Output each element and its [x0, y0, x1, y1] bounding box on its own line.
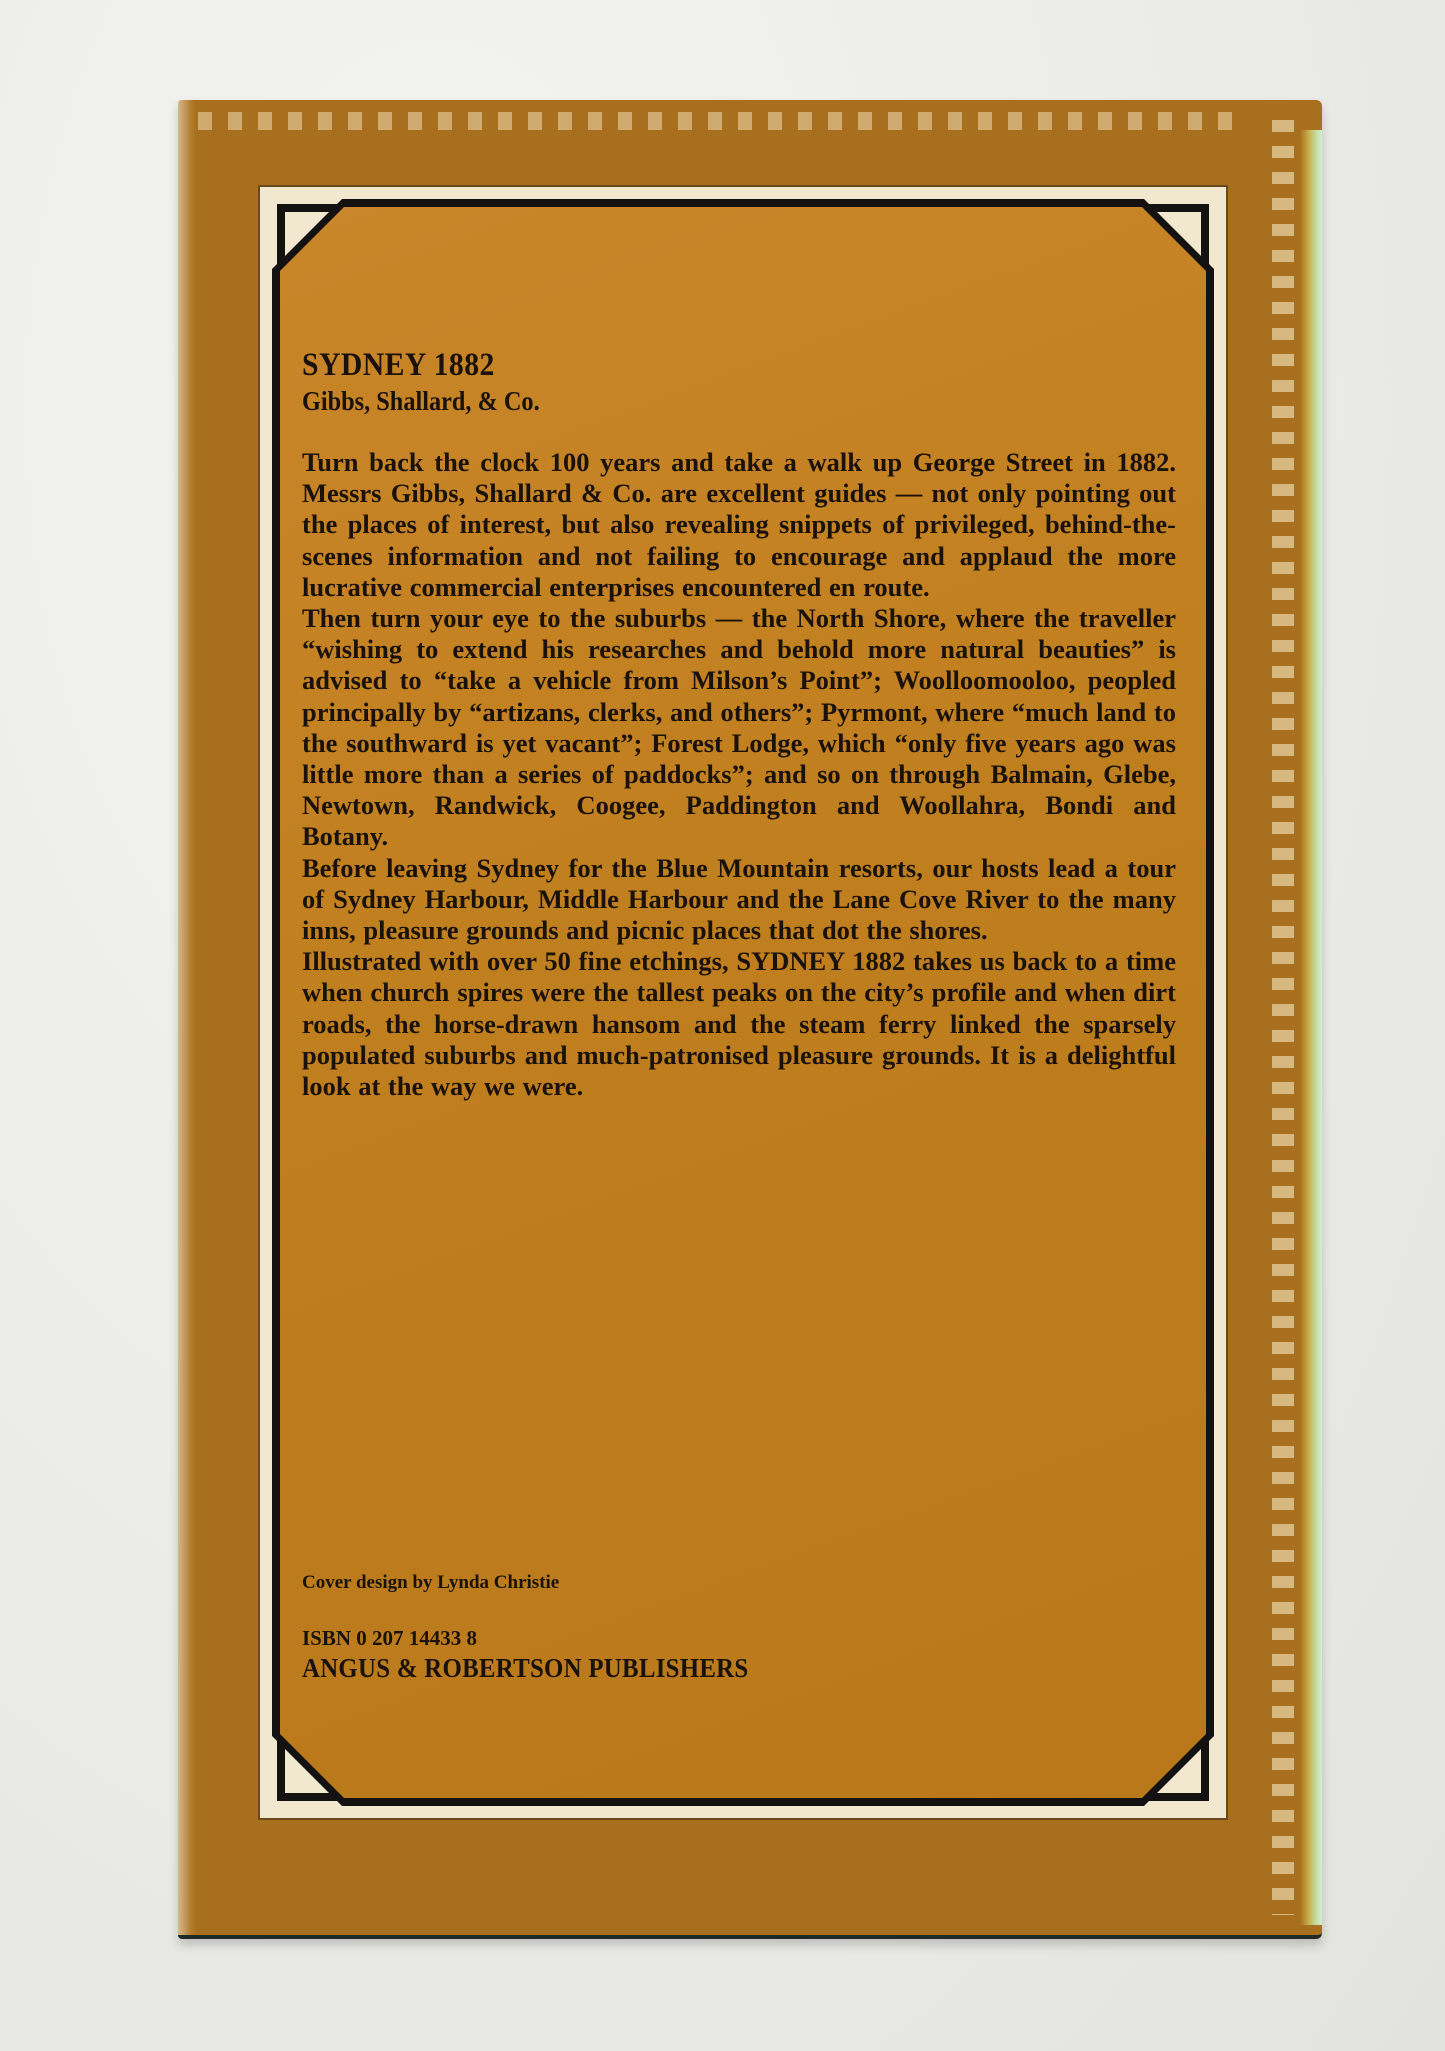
cover-wear-top: [198, 112, 1242, 130]
decorative-frame: SYDNEY 1882 Gibbs, Shallard, & Co. Turn …: [258, 185, 1228, 1820]
panel-outline: SYDNEY 1882 Gibbs, Shallard, & Co. Turn …: [272, 199, 1214, 1806]
publisher: ANGUS & ROBERTSON PUBLISHERS: [302, 1653, 748, 1684]
page-edge: [1300, 130, 1322, 1925]
book-author: Gibbs, Shallard, & Co.: [302, 386, 1089, 417]
blurb-paragraph: Before leaving Sydney for the Blue Mount…: [302, 853, 1176, 947]
blurb-paragraph: Turn back the clock 100 years and take a…: [302, 447, 1176, 603]
cover-design-credit: Cover design by Lynda Christie: [302, 1572, 787, 1594]
blurb-body: Turn back the clock 100 years and take a…: [302, 447, 1176, 1102]
credits: Cover design by Lynda Christie ISBN 0 20…: [302, 1572, 787, 1684]
book-title: SYDNEY 1882: [302, 347, 1089, 384]
isbn: ISBN 0 207 14433 8: [302, 1626, 787, 1651]
blurb-paragraph: Then turn your eye to the suburbs — the …: [302, 603, 1176, 853]
text-panel: SYDNEY 1882 Gibbs, Shallard, & Co. Turn …: [280, 207, 1206, 1798]
book-back-cover: SYDNEY 1882 Gibbs, Shallard, & Co. Turn …: [178, 100, 1322, 1939]
blurb-paragraph: Illustrated with over 50 fine etchings, …: [302, 946, 1176, 1102]
cover-wear-right: [1272, 120, 1294, 1915]
blurb: SYDNEY 1882 Gibbs, Shallard, & Co. Turn …: [302, 347, 1176, 1102]
